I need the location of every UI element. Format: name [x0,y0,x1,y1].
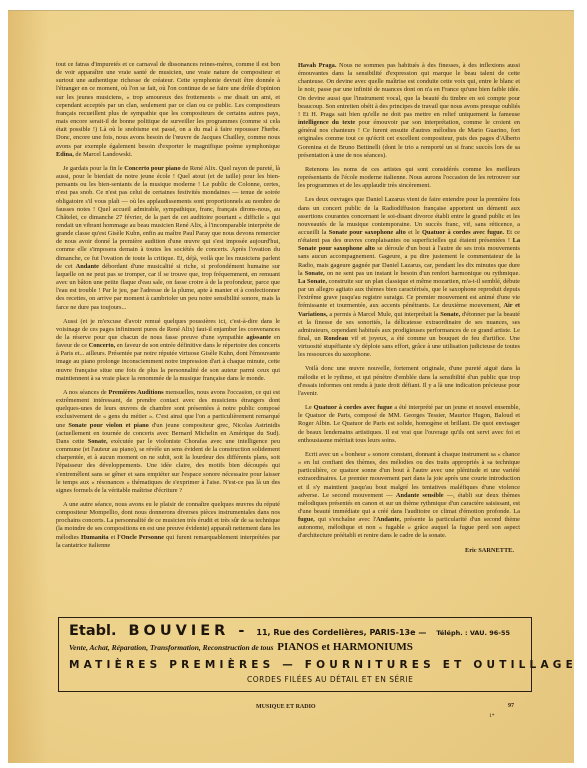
emphasis: intelligence du texte [298,119,355,126]
text: Le [305,404,314,411]
emphasis: agissante [246,334,271,341]
paragraph: Retenons les noms de ces artistes qui so… [298,166,520,190]
paragraph: A une autre séance, nous avons eu le pla… [56,501,280,550]
work-title: Andante, [376,516,401,523]
paragraph: Je gardais pour la fin le Concerto pour … [56,165,280,312]
paragraph: tout ce fatras d'impuretés et ce carnava… [56,61,280,159]
ad-establishment: Etabl. [69,623,116,639]
left-column: tout ce fatras d'impuretés et ce carnava… [56,61,280,556]
text: exécutée par le violoniste Chorafas avec… [56,438,280,494]
paragraph: Voilà donc une œuvre nouvelle, fortement… [298,365,520,398]
ad-address: 11, Rue des Cordelières, PARIS-13e — [256,628,426,637]
text: Retenons les noms de ces artistes qui so… [298,166,520,189]
artist-name: Havah Praga. [298,62,336,69]
text: construite sur un plan classique et même… [298,278,520,309]
advertisement-box: Etabl.BOUVIER -11, Rue des Cordelières, … [58,617,532,692]
work-title: Andante sensible [396,492,444,499]
text: et le [406,229,422,236]
text: Je gardais pour la fin le [63,165,124,172]
right-column: Havah Praga. Nous ne sommes pas habitués… [298,62,520,555]
emphasis: Premières Auditions [108,389,163,396]
work-title: l'Oncle Personne [117,534,164,541]
text: on ne sent pas un instant le besoin d'un… [325,270,520,277]
work-title: Concerto, [89,342,116,349]
work-title: Edina, [56,151,74,158]
paragraph: Havah Praga. Nous ne sommes pas habitués… [298,62,520,160]
paragraph: Aussi (et je m'excuse d'avoir remué quel… [56,318,280,383]
paragraph: Les deux ouvrages que Daniel Lazarus vie… [298,196,520,359]
text: tout ce fatras d'impuretés et ce carnava… [56,61,280,150]
text: Voilà donc une œuvre nouvelle, fortement… [298,365,520,396]
text: de Marcel Landowski. [74,151,133,158]
ad-header-line: Etabl.BOUVIER -11, Rue des Cordelières, … [69,620,510,639]
work-title: Sonate, [305,270,325,277]
paragraph: Le Quatuor à cordes avec fugue a été int… [298,404,520,445]
signature-mark: 1* [489,713,495,719]
work-title: Quatuor à cordes avec fugue. [422,229,504,236]
work-title: Sonate pour violon et piano [68,422,149,429]
publication-name: MUSIQUE ET RADIO [256,704,316,710]
ad-strings: CORDES FILÉES AU DÉTAIL ET EN SÉRIE [247,675,413,684]
author-signature: Eric SARNETTE. [298,547,520,555]
text: a permis à Marcel Mule, qui interprétait… [328,311,441,318]
ad-products: PIANOS et HARMONIUMS [277,641,413,653]
work-title: Quatuor à cordes avec fugue [314,404,393,411]
work-title: Rondeau [324,335,348,342]
work-title: La Sonate, [298,278,327,285]
ad-services-line: Vente, Achat, Réparation, Transformation… [69,641,413,653]
work-title: Sonate pour saxophone alto [329,229,406,236]
paragraph: Ecrit avec un « bonheur » sonore constan… [298,451,520,541]
paragraph: A nos séances de Premières Auditions men… [56,389,280,495]
ad-phone: Téléph. : VAU. 96-55 [436,629,510,637]
text: qui s'enchaîne avec l' [315,516,376,523]
text: de René Alix. Quel rayon de pureté, là a… [56,165,280,270]
work-title: fugue, [298,516,315,523]
ad-services: Vente, Achat, Réparation, Transformation… [69,643,273,652]
work-title: Sonate, [440,311,460,318]
work-title: Andante [76,263,99,270]
ad-company-name: BOUVIER - [128,623,248,639]
page-number: 97 [508,703,514,709]
text: Nous ne sommes pas habitués à des finess… [298,62,520,118]
ad-supplies: MATIÈRES PREMIÈRES — FOURNITURES ET OUTI… [69,659,577,671]
work-title: Humanita [81,534,109,541]
text: A nos séances de [63,389,108,396]
work-title: Concerto pour piano [124,165,180,172]
work-title: Sonate, [88,438,108,445]
